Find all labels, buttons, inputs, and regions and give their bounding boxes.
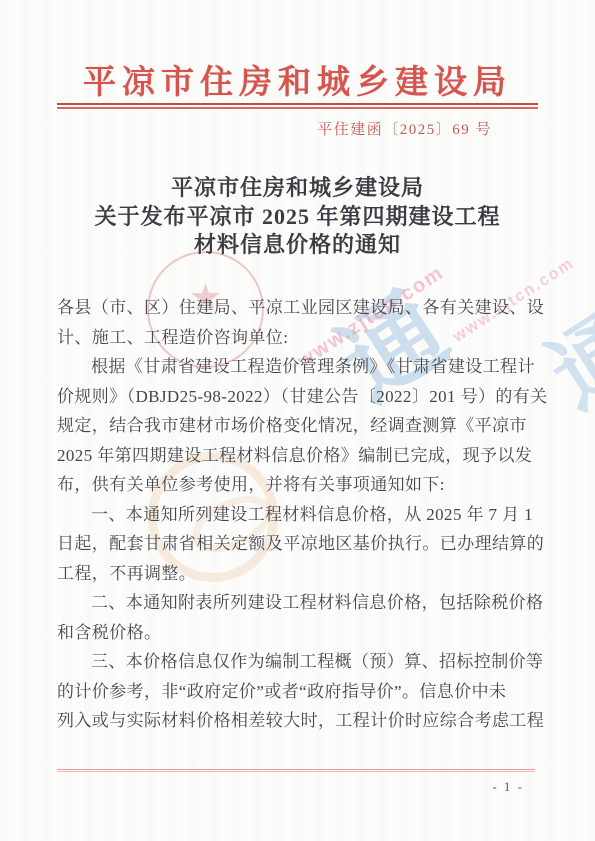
body-line: 布，供有关单位参考使用，并将有关事项通知如下: bbox=[57, 470, 543, 500]
body-line: 价规则》（DBJD25-98-2022）（甘建公告〔2022〕201 号）的有关 bbox=[57, 382, 543, 412]
scanned-notice-page: 通 通 www.zjtcn.com www.zjtcn.com ★ 平凉市住房和… bbox=[0, 0, 595, 841]
body-line: 规定，结合我市建材市场价格变化情况，经调查测算《平凉市 bbox=[57, 411, 543, 441]
body-line: 一、本通知所列建设工程材料信息价格，从 2025 年 7 月 1 bbox=[57, 500, 543, 530]
letterhead-agency-title: 平凉市住房和城乡建设局 bbox=[0, 56, 595, 103]
body-line: 二、本通知附表所列建设工程材料信息价格，包括除税价格 bbox=[57, 588, 543, 618]
body-line: 三、本价格信息仅作为编制工程概（预）算、招标控制价等 bbox=[57, 647, 543, 677]
page-number: - 1 - bbox=[492, 779, 524, 795]
body-line: 列入或与实际材料价格相差较大时，工程计价时应综合考虑工程 bbox=[57, 706, 543, 736]
letterhead-double-rule bbox=[57, 103, 538, 109]
notice-title-line2: 关于发布平凉市 2025 年第四期建设工程 bbox=[0, 203, 595, 232]
body-line: 工程，不再调整。 bbox=[57, 559, 543, 589]
body-line: 日起，配套甘肃省相关定额及平凉地区基价执行。已办理结算的 bbox=[57, 529, 543, 559]
body-line: 计、施工、工程造价咨询单位: bbox=[57, 323, 543, 353]
body-line: 各县（市、区）住建局、平凉工业园区建设局、各有关建设、设 bbox=[57, 293, 543, 323]
body-line: 的计价参考，非“政府定价”或者“政府指导价”。信息价中未 bbox=[57, 677, 543, 707]
footer-rule bbox=[57, 769, 535, 772]
notice-body: 各县（市、区）住建局、平凉工业园区建设局、各有关建设、设计、施工、工程造价咨询单… bbox=[57, 293, 543, 736]
notice-title: 平凉市住房和城乡建设局 关于发布平凉市 2025 年第四期建设工程 材料信息价格… bbox=[0, 174, 595, 260]
document-number: 平住建函〔2025〕69 号 bbox=[317, 118, 492, 139]
notice-title-line3: 材料信息价格的通知 bbox=[0, 231, 595, 260]
notice-title-line1: 平凉市住房和城乡建设局 bbox=[0, 174, 595, 203]
body-line: 2025 年第四期建设工程材料信息价格》编制已完成，现予以发 bbox=[57, 441, 543, 471]
body-line: 根据《甘肃省建设工程造价管理条例》《甘肃省建设工程计 bbox=[57, 352, 543, 382]
body-line: 和含税价格。 bbox=[57, 618, 543, 648]
